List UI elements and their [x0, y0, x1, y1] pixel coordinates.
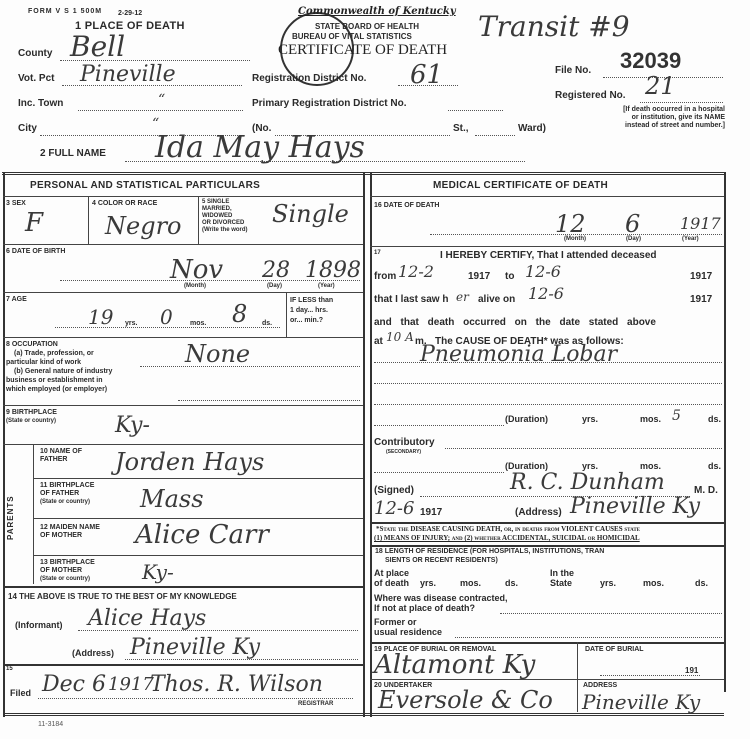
undertaker-address-label: ADDRESS	[583, 682, 617, 689]
cause-duration-days[interactable]: 5	[672, 408, 681, 424]
from-label: from	[374, 271, 396, 282]
occupation-value[interactable]: None	[185, 340, 250, 368]
footnote-line-2: (1) MEANS OF INJURY; and (2) whether ACC…	[374, 534, 640, 542]
vot-pct-value[interactable]: Pineville	[80, 62, 176, 87]
mother-name-label: 12 MAIDEN NAMEOF MOTHER	[40, 524, 100, 540]
race-label: 4 COLOR OR RACE	[92, 200, 157, 207]
sex-label: 3 SEX	[6, 200, 26, 207]
occupation-label: 8 OCCUPATION (a) Trade, profession, or p…	[6, 340, 112, 394]
file-no-label: File No.	[555, 65, 591, 76]
last-saw-pronoun[interactable]: er	[456, 290, 469, 304]
registered-no-label: Registered No.	[555, 90, 626, 101]
footnote-line-1: *State the DISEASE CAUSING DEATH, or, in…	[376, 525, 640, 533]
city-st-label: St.,	[453, 123, 469, 134]
burial-date-label: DATE OF BURIAL	[585, 646, 644, 653]
marital-value[interactable]: Single	[272, 200, 349, 228]
undertaker-value[interactable]: Eversole & Co	[378, 686, 553, 714]
mother-birthplace-value[interactable]: Ky-	[142, 560, 174, 584]
dod-day[interactable]: 6	[625, 210, 640, 238]
in-the-label: In the	[550, 568, 574, 578]
age-label: 7 AGE	[6, 296, 27, 303]
commonwealth-title: Commonwealth of Kentucky	[298, 6, 456, 17]
bureau-name: BUREAU OF VITAL STATISTICS	[292, 32, 412, 41]
duration-mos-label: mos.	[640, 414, 661, 424]
full-name-label: 2 FULL NAME	[40, 148, 106, 159]
dod-month-caption: (Month)	[564, 236, 586, 242]
informant-value[interactable]: Alice Hays	[88, 606, 206, 631]
attended-to-date[interactable]: 12-6	[525, 262, 561, 281]
burial-place-value[interactable]: Altamont Ky	[374, 650, 535, 680]
duration-ds-label: ds.	[708, 414, 721, 424]
yrs-label: yrs.	[125, 320, 137, 327]
physician-address-label: (Address)	[515, 507, 562, 518]
county-value[interactable]: Bell	[70, 30, 125, 63]
birthplace-label: 9 BIRTHPLACE (State or country)	[6, 409, 57, 425]
father-birthplace-label: 11 BIRTHPLACEOF FATHER(State or country)	[40, 482, 94, 506]
to-label: to	[505, 271, 514, 282]
duration-label: (Duration)	[505, 414, 548, 424]
ds-label: ds.	[262, 320, 272, 327]
state-label: State	[550, 578, 572, 588]
former-residence-label-2: usual residence	[374, 627, 442, 637]
inc-town-label: Inc. Town	[18, 98, 63, 109]
res-place-mos: mos.	[460, 578, 481, 588]
board-name: STATE BOARD OF HEALTH	[315, 22, 419, 31]
county-label: County	[18, 48, 52, 59]
to-year: 1917	[690, 271, 712, 282]
hospital-note: [If death occurred in a hospital or inst…	[620, 106, 725, 130]
signed-label: (Signed)	[374, 485, 414, 496]
informant-address-label: (Address)	[72, 648, 114, 658]
dod-month[interactable]: 12	[555, 210, 586, 238]
mother-birthplace-label: 13 BIRTHPLACEOF MOTHER(State or country)	[40, 559, 95, 583]
res-state-mos: mos.	[643, 578, 664, 588]
filing-number: 15	[6, 666, 13, 672]
dod-day-caption: (Day)	[626, 236, 641, 242]
former-residence-label-1: Former or	[374, 617, 417, 627]
of-death-label: of death	[374, 578, 409, 588]
death-time[interactable]: 10 A	[386, 330, 414, 344]
birthplace-value[interactable]: Ky-	[115, 413, 150, 438]
age-months[interactable]: 0	[160, 305, 173, 329]
undertaker-address-value[interactable]: Pineville Ky	[582, 690, 700, 714]
father-name-value[interactable]: Jorden Hays	[115, 448, 264, 476]
last-saw-date[interactable]: 12-6	[528, 284, 564, 303]
dob-day[interactable]: 28	[262, 258, 290, 283]
less-than-day-label: IF LESS than 1 day... hrs. or... min.?	[290, 296, 333, 326]
registered-no-value[interactable]: 21	[645, 72, 676, 100]
residence-heading-1: 18 LENGTH OF RESIDENCE (FOR HOSPITALS, I…	[375, 548, 604, 555]
physician-signature[interactable]: R. C. Dunham	[510, 470, 665, 495]
transit-annotation: Transit #9	[478, 10, 630, 43]
contrib-ds-label: ds.	[708, 461, 721, 471]
primary-reg-label: Primary Registration District No.	[252, 98, 406, 109]
file-no-value[interactable]: 32039	[620, 48, 681, 74]
reg-district-label: Registration District No.	[252, 73, 366, 84]
mos-label: mos.	[190, 320, 206, 327]
res-state-ds: ds.	[695, 578, 708, 588]
physician-address-value[interactable]: Pineville Ky	[570, 494, 700, 519]
mother-name-value[interactable]: Alice Carr	[135, 520, 269, 550]
signed-year: 1917	[420, 507, 442, 518]
registrar-signature[interactable]: Thos. R. Wilson	[150, 672, 323, 697]
filed-year[interactable]: 1917	[108, 674, 154, 695]
at-place-label: At place	[374, 568, 409, 578]
res-place-ds: ds.	[505, 578, 518, 588]
year-caption: (Year)	[318, 283, 335, 289]
filed-date[interactable]: Dec 6	[42, 672, 106, 697]
city-ward-label: Ward)	[518, 123, 546, 134]
sex-value[interactable]: F	[25, 208, 43, 238]
medical-heading: MEDICAL CERTIFICATE OF DEATH	[433, 180, 608, 191]
father-name-label: 10 NAME OFFATHER	[40, 448, 82, 464]
res-state-yrs: yrs.	[600, 578, 616, 588]
informant-address-value[interactable]: Pineville Ky	[130, 635, 260, 660]
secondary-label: (SECONDARY)	[386, 449, 421, 455]
race-value[interactable]: Negro	[105, 212, 182, 240]
dod-year[interactable]: 1917	[680, 214, 721, 233]
age-years[interactable]: 19	[88, 305, 113, 329]
certify-number: 17	[374, 250, 381, 256]
full-name-value[interactable]: Ida May Hays	[155, 130, 365, 165]
father-birthplace-value[interactable]: Mass	[140, 485, 204, 513]
form-date: 2-29-12	[118, 10, 142, 17]
residence-heading-2: SIENTS OR RECENT RESIDENTS)	[385, 557, 498, 564]
informant-heading: 14 THE ABOVE IS TRUE TO THE BEST OF MY K…	[8, 592, 237, 601]
registrar-label: REGISTRAR	[298, 701, 333, 707]
dod-year-caption: (Year)	[682, 236, 699, 242]
personal-heading: PERSONAL AND STATISTICAL PARTICULARS	[30, 180, 260, 191]
last-saw-year: 1917	[690, 294, 712, 305]
cause-of-death-value[interactable]: Pneumonia Lobar	[420, 342, 617, 367]
dob-year[interactable]: 1898	[305, 258, 361, 283]
alive-on-label: alive on	[478, 294, 515, 305]
contributory-label: Contributory	[374, 437, 435, 448]
occurred-statement: and that death occurred on the date stat…	[374, 317, 656, 328]
parents-label: PARENTS	[6, 495, 15, 540]
informant-label: (Informant)	[15, 620, 63, 630]
city-label: City	[18, 123, 37, 134]
contracted-label-2: If not at place of death?	[374, 603, 475, 613]
signed-date[interactable]: 12-6	[374, 498, 414, 519]
last-saw-label: that I last saw h	[374, 294, 448, 305]
dob-month[interactable]: Nov	[170, 255, 223, 285]
at-label: at	[374, 336, 383, 347]
month-caption: (Month)	[184, 283, 206, 289]
reg-district-value[interactable]: 61	[410, 60, 443, 90]
duration-yrs-label: yrs.	[582, 414, 598, 424]
marital-label: 5 SINGLE MARRIED, WIDOWED OR DIVORCED (W…	[202, 199, 248, 234]
day-caption: (Day)	[267, 283, 282, 289]
print-code: 11-3184	[38, 721, 63, 728]
inc-town-value[interactable]: “	[158, 92, 165, 108]
res-place-yrs: yrs.	[420, 578, 436, 588]
dod-label: 16 DATE OF DEATH	[374, 202, 439, 209]
vot-pct-label: Vot. Pct	[18, 73, 54, 84]
from-year: 1917	[468, 271, 490, 282]
certify-statement: I HEREBY CERTIFY, That I attended deceas…	[440, 250, 657, 261]
filed-label: Filed	[10, 688, 31, 698]
age-days[interactable]: 8	[232, 300, 247, 328]
dob-label: 6 DATE OF BIRTH	[6, 248, 65, 255]
form-number: FORM V S 1 500M	[28, 8, 102, 15]
contracted-label-1: Where was disease contracted,	[374, 593, 508, 603]
certificate-title: CERTIFICATE OF DEATH	[278, 42, 447, 59]
attended-from-date[interactable]: 12-2	[398, 262, 434, 281]
burial-date-suffix: 191	[685, 666, 698, 675]
